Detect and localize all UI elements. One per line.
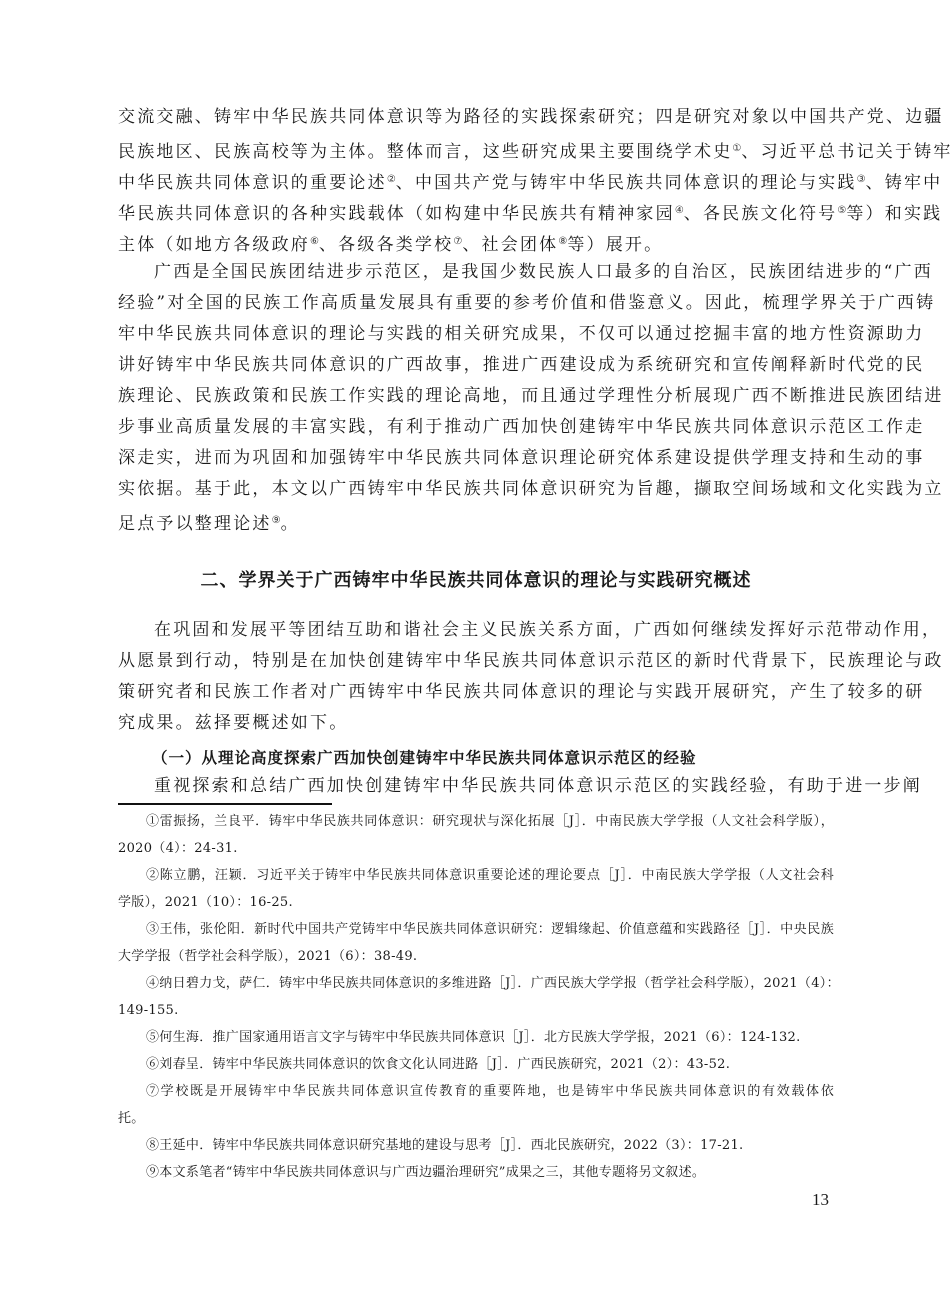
subsection-heading: （一）从理论高度探索广西加快创建铸牢中华民族共同体意识示范区的经验: [152, 746, 697, 768]
text-line: 足点予以整理论述⑨。: [118, 505, 834, 536]
footnote-6: ⑥刘春呈．铸牢中华民族共同体意识的饮食文化认同进路［J］．广西民族研究，2021…: [118, 1051, 834, 1078]
footnote-4: ④纳日碧力戈，萨仁．铸牢中华民族共同体意识的多维进路［J］．广西民族大学学报（哲…: [118, 970, 834, 1024]
text-line: 主体（如地方各级政府⑥、各级各类学校⑦、社会团体⑧等）展开。: [118, 226, 834, 257]
footnote-1: ①雷振扬，兰良平．铸牢中华民族共同体意识：研究现状与深化拓展［J］．中南民族大学…: [118, 808, 834, 862]
intro-paragraph: 交流交融、铸牢中华民族共同体意识等为路径的实践探索研究；四是研究对象以中国共产党…: [118, 102, 834, 257]
section-heading: 二、学界关于广西铸牢中华民族共同体意识的理论与实践研究概述: [118, 566, 834, 592]
guangxi-paragraph: 广西是全国民族团结进步示范区，是我国少数民族人口最多的自治区，民族团结进步的“广…: [118, 257, 834, 536]
footnote-ref[interactable]: ③: [857, 174, 866, 185]
text-line: 重视探索和总结广西加快创建铸牢中华民族共同体意识示范区的实践经验，有助于进一步阐: [118, 771, 834, 802]
footnote-ref[interactable]: ②: [387, 174, 396, 185]
text-line: 深走实，进而为巩固和加强铸牢中华民族共同体意识理论研究体系建设提供学理支持和生动…: [118, 443, 834, 474]
footnote-ref[interactable]: ⑤: [837, 205, 846, 216]
footnote-9: ⑨本文系笔者“铸牢中华民族共同体意识与广西边疆治理研究”成果之三，其他专题将另文…: [118, 1159, 834, 1186]
footnote-7: ⑦学校既是开展铸牢中华民族共同体意识宣传教育的重要阵地，也是铸牢中华民族共同体意…: [118, 1078, 834, 1132]
footnote-ref[interactable]: ⑨: [272, 515, 281, 526]
footnote-ref[interactable]: ⑧: [558, 236, 567, 247]
footnote-2: ②陈立鹏，汪颖．习近平关于铸牢中华民族共同体意识重要论述的理论要点［J］．中南民…: [118, 862, 834, 916]
text-line: 华民族共同体意识的各种实践载体（如构建中华民族共有精神家园④、各民族文化符号⑤等…: [118, 195, 834, 226]
text-line: 究成果。兹择要概述如下。: [118, 708, 834, 739]
footnotes: ①雷振扬，兰良平．铸牢中华民族共同体意识：研究现状与深化拓展［J］．中南民族大学…: [118, 808, 834, 1186]
section-paragraph: 在巩固和发展平等团结互助和谐社会主义民族关系方面，广西如何继续发挥好示范带动作用…: [118, 615, 834, 739]
footnote-8: ⑧王延中．铸牢中华民族共同体意识研究基地的建设与思考［J］．西北民族研究，202…: [118, 1132, 834, 1159]
text-line: 牢中华民族共同体意识的理论与实践的相关研究成果，不仅可以通过挖掘丰富的地方性资源…: [118, 319, 834, 350]
text-line: 策研究者和民族工作者对广西铸牢中华民族共同体意识的理论与实践开展研究，产生了较多…: [118, 677, 834, 708]
footnote-separator: [118, 803, 332, 805]
text-line: 从愿景到行动，特别是在加快创建铸牢中华民族共同体意识示范区的新时代背景下，民族理…: [118, 646, 834, 677]
text-line: 民族地区、民族高校等为主体。整体而言，这些研究成果主要围绕学术史①、习近平总书记…: [118, 133, 834, 164]
footnote-ref[interactable]: ⑦: [453, 236, 462, 247]
text-line: 步事业高质量发展的丰富实践，有利于推动广西加快创建铸牢中华民族共同体意识示范区工…: [118, 412, 834, 443]
text-line: 经验”对全国的民族工作高质量发展具有重要的参考价值和借鉴意义。因此，梳理学界关于…: [118, 288, 834, 319]
subsection-paragraph: 重视探索和总结广西加快创建铸牢中华民族共同体意识示范区的实践经验，有助于进一步阐: [118, 771, 834, 802]
text-line: 讲好铸牢中华民族共同体意识的广西故事，推进广西建设成为系统研究和宣传阐释新时代党…: [118, 350, 834, 381]
page-number: 13: [812, 1190, 829, 1210]
footnote-ref[interactable]: ④: [675, 205, 684, 216]
text-line: 族理论、民族政策和民族工作实践的理论高地，而且通过学理性分析展现广西不断推进民族…: [118, 381, 834, 412]
text-line: 在巩固和发展平等团结互助和谐社会主义民族关系方面，广西如何继续发挥好示范带动作用…: [118, 615, 834, 646]
footnote-3: ③王伟，张伦阳．新时代中国共产党铸牢中华民族共同体意识研究：逻辑缘起、价值意蕴和…: [118, 916, 834, 970]
footnote-ref[interactable]: ⑥: [310, 236, 319, 247]
footnote-5: ⑤何生海．推广国家通用语言文字与铸牢中华民族共同体意识［J］．北方民族大学学报，…: [118, 1024, 834, 1051]
text-line: 交流交融、铸牢中华民族共同体意识等为路径的实践探索研究；四是研究对象以中国共产党…: [118, 102, 834, 133]
text-line: 广西是全国民族团结进步示范区，是我国少数民族人口最多的自治区，民族团结进步的“广…: [118, 257, 834, 288]
text-line: 中华民族共同体意识的重要论述②、中国共产党与铸牢中华民族共同体意识的理论与实践③…: [118, 164, 834, 195]
text-line: 实依据。基于此，本文以广西铸牢中华民族共同体意识研究为旨趣，撷取空间场域和文化实…: [118, 474, 834, 505]
